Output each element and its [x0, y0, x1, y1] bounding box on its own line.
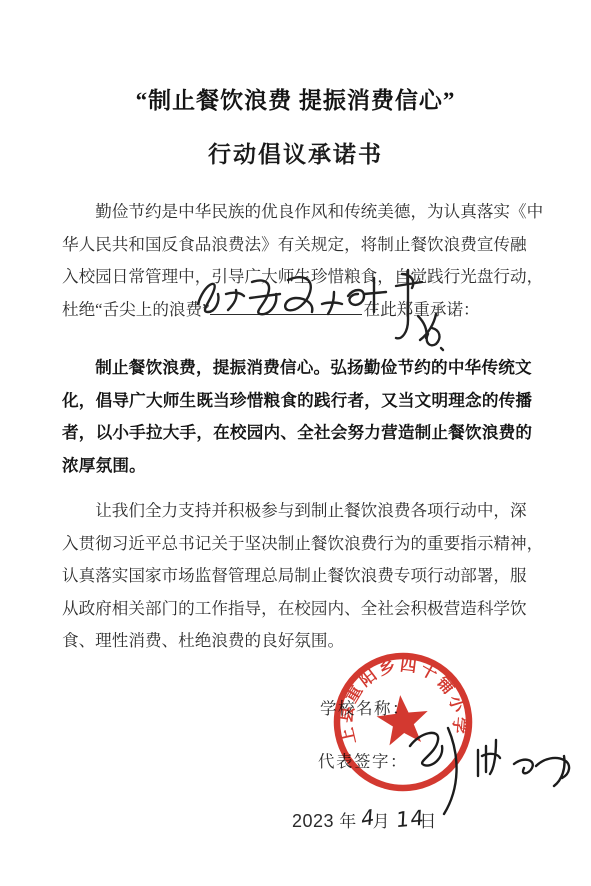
signature-stroke [514, 760, 533, 774]
signature-stroke [536, 756, 569, 786]
paragraph-line: 浓厚氛围。 [62, 450, 532, 483]
date-year: 2023 [292, 811, 334, 831]
scrawl-stroke [396, 270, 422, 338]
scrawl-stroke [364, 278, 386, 312]
paragraph-line: 勤俭节约是中华民族的优良作风和传统美德，为认真落实《中 [62, 196, 532, 229]
paragraph-line: 认真落实国家市场监督管理总局制止餐饮浪费专项行动部署，服 [62, 560, 532, 593]
paragraph-line: 制止餐饮浪费，提振消费信心。弘扬勤俭节约的中华传统文 [62, 352, 532, 385]
date-year-unit: 年 [339, 812, 357, 831]
paragraph-line: 者，以小手拉大手，在校园内、全社会努力营造制止餐饮浪费的 [62, 417, 532, 450]
paragraph-line: 让我们全力支持并积极参与到制止餐饮浪费各项行动中，深 [62, 495, 532, 528]
paragraph-line: 化，倡导广大师生既当珍惜粮食的践行者，又当文明理念的传播 [62, 385, 532, 418]
document-title: “制止餐饮浪费 提振消费信心” [0, 82, 591, 115]
scrawl-stroke [250, 281, 280, 315]
paragraph-line: 入贯彻习近平总书记关于坚决制止餐饮浪费行为的重要指示精神， [62, 528, 532, 561]
paragraph-pledge-bold: 制止餐饮浪费，提振消费信心。弘扬勤俭节约的中华传统文 化，倡导广大师生既当珍惜粮… [62, 352, 532, 482]
scrawl-stroke [285, 277, 312, 312]
paragraph-commitment: 让我们全力支持并积极参与到制止餐饮浪费各项行动中，深 入贯彻习近平总书记关于坚决… [62, 495, 532, 658]
representative-signature [386, 712, 581, 820]
scrawl-stroke [198, 284, 218, 312]
pledge-document-page: “制止餐饮浪费 提振消费信心” 行动倡议承诺书 勤俭节约是中华民族的优良作风和传… [0, 0, 591, 886]
scrawl-stroke [348, 290, 364, 305]
scrawl-stroke [226, 290, 244, 310]
scrawl-stroke [322, 292, 342, 314]
signature-stroke [410, 733, 442, 766]
paragraph-line: 从政府相关部门的工作指导，在校园内、全社会积极营造科学饮 [62, 593, 532, 626]
document-subtitle: 行动倡议承诺书 [0, 136, 591, 169]
paragraph-line: 华人民共和国反食品浪费法》有关规定，将制止餐饮浪费宣传融 [62, 229, 532, 262]
handwritten-month-value: 4 [361, 804, 377, 831]
handwritten-school-name [188, 268, 444, 354]
signature-stroke [478, 740, 500, 776]
signature-stroke [444, 728, 457, 814]
